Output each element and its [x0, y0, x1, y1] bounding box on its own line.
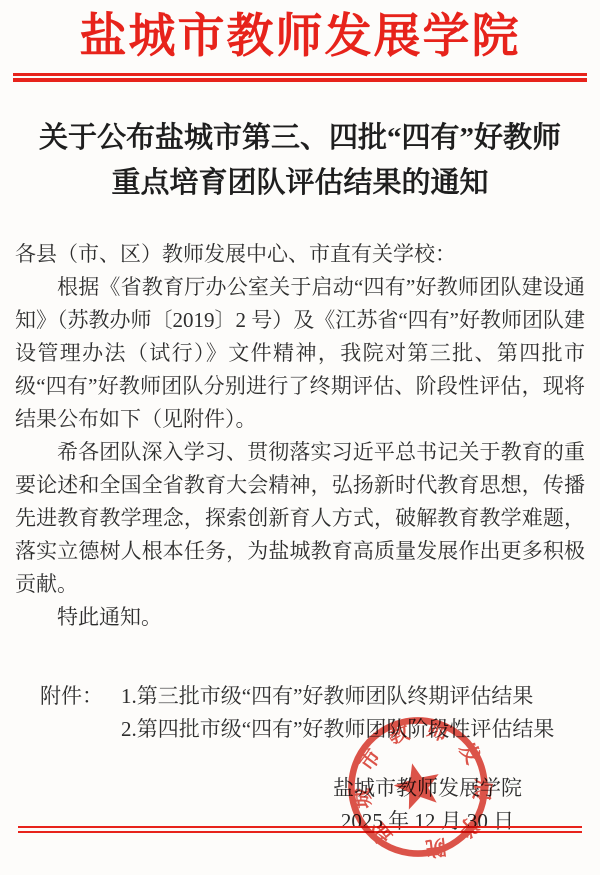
attachment-item: 1.第三批市级“四有”好教师团队终期评估结果	[121, 680, 554, 713]
official-seal: 盐城市教师发展学院	[343, 712, 493, 862]
document-title-line2: 重点培育团队评估结果的通知	[20, 161, 580, 206]
document-page: 盐城市教师发展学院 关于公布盐城市第三、四批“四有”好教师 重点培育团队评估结果…	[0, 0, 600, 875]
letterhead-org-name: 盐城市教师发展学院	[0, 0, 600, 68]
footer-divider	[18, 826, 582, 833]
attachments-block: 附件： 1.第三批市级“四有”好教师团队终期评估结果 2.第四批市级“四有”好教…	[40, 680, 600, 746]
body-paragraph-closing: 特此通知。	[15, 601, 585, 634]
seal-star	[390, 758, 446, 812]
document-title: 关于公布盐城市第三、四批“四有”好教师 重点培育团队评估结果的通知	[20, 116, 580, 206]
body-paragraph-1: 根据《省教育厅办公室关于启动“四有”好教师团队建设通知》（苏教办师〔2019〕2…	[15, 271, 585, 436]
body-paragraph-2: 希各团队深入学习、贯彻落实习近平总书记关于教育的重要论述和全国全省教育大会精神，…	[15, 436, 585, 601]
document-title-line1: 关于公布盐城市第三、四批“四有”好教师	[20, 116, 580, 161]
salutation: 各县（市、区）教师发展中心、市直有关学校：	[15, 238, 585, 271]
letterhead-divider	[13, 73, 587, 82]
attachments-label: 附件：	[40, 680, 103, 713]
document-body: 各县（市、区）教师发展中心、市直有关学校： 根据《省教育厅办公室关于启动“四有”…	[15, 238, 585, 634]
letterhead: 盐城市教师发展学院	[0, 0, 600, 82]
